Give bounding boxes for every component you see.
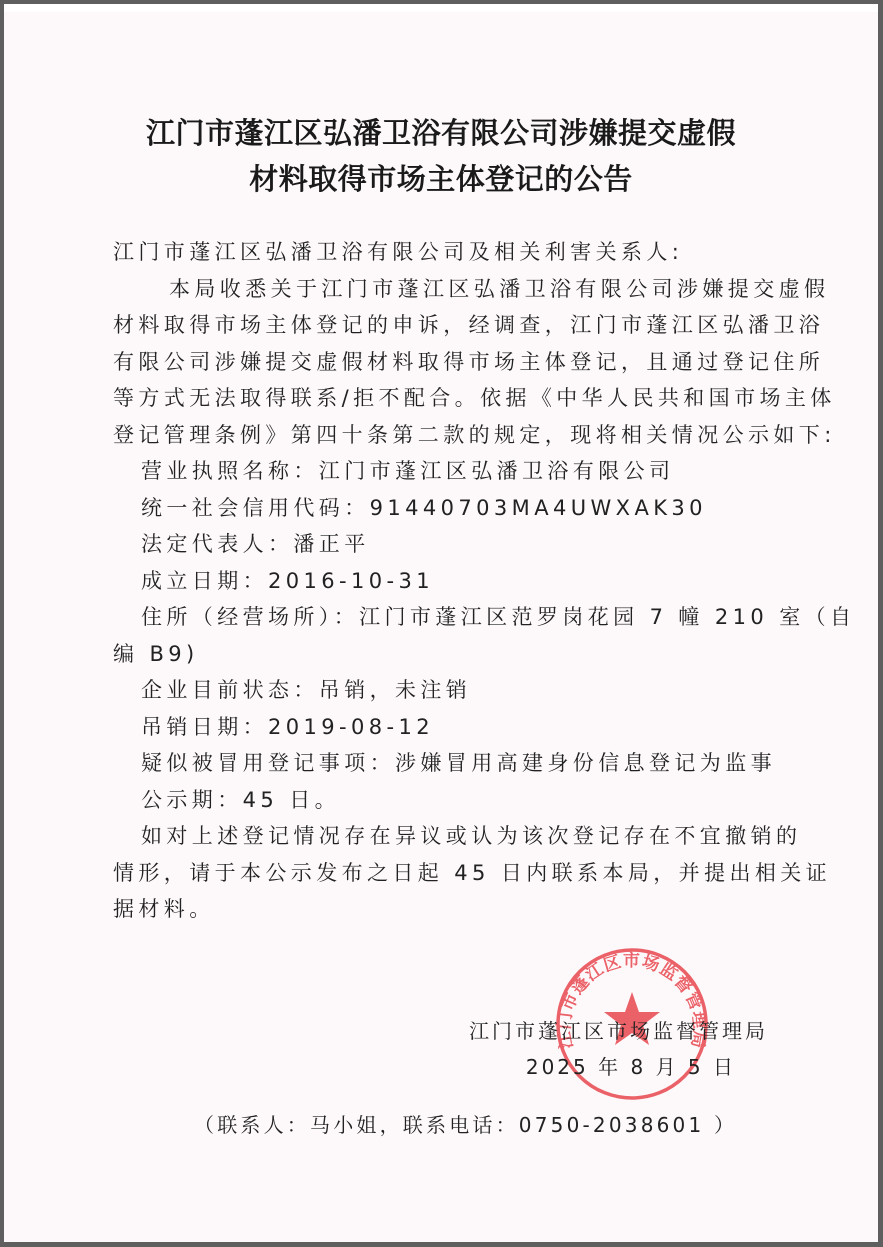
signature-organization: 江门市蓬江区市场监督管理局	[469, 1013, 768, 1049]
title-line-1: 江门市蓬江区弘潘卫浴有限公司涉嫌提交虚假	[4, 110, 878, 156]
closing-line-3: 据材料。	[113, 891, 783, 928]
intro-line-5: 登记管理条例》第四十条第二款的规定，现将相关情况公示如下:	[113, 417, 783, 454]
document-body: 江门市蓬江区弘潘卫浴有限公司及相关利害关系人: 本局收悉关于江门市蓬江区弘潘卫浴…	[113, 234, 783, 928]
info-established: 成立日期：2016-10-31	[113, 563, 783, 600]
info-revoked-date: 吊销日期：2019-08-12	[113, 709, 783, 746]
title-line-2: 材料取得市场主体登记的公告	[4, 156, 878, 202]
info-address-line-2: 编 B9)	[113, 636, 783, 673]
info-status: 企业目前状态：吊销，未注销	[113, 672, 783, 709]
document-page: 江门市蓬江区弘潘卫浴有限公司涉嫌提交虚假 材料取得市场主体登记的公告 江门市蓬江…	[4, 4, 878, 1242]
signature-date: 2025 年 8 月 5 日	[469, 1049, 768, 1085]
document-title: 江门市蓬江区弘潘卫浴有限公司涉嫌提交虚假 材料取得市场主体登记的公告	[4, 110, 878, 202]
info-credit-code: 统一社会信用代码：91440703MA4UWXAK30	[113, 490, 783, 527]
closing-line-2: 情形，请于本公示发布之日起 45 日内联系本局，并提出相关证	[113, 855, 783, 892]
salutation: 江门市蓬江区弘潘卫浴有限公司及相关利害关系人:	[113, 234, 783, 271]
info-address-line-1: 住所（经营场所）：江门市蓬江区范罗岗花园 7 幢 210 室（自	[113, 599, 783, 636]
info-legal-rep: 法定代表人：潘正平	[113, 526, 783, 563]
contact-info: （联系人：马小姐，联系电话：0750-2038601 ）	[194, 1110, 737, 1140]
info-suspected-item: 疑似被冒用登记事项：涉嫌冒用高建身份信息登记为监事	[113, 745, 783, 782]
intro-line-2: 材料取得市场主体登记的申诉，经调查，江门市蓬江区弘潘卫浴	[113, 307, 783, 344]
intro-line-1: 本局收悉关于江门市蓬江区弘潘卫浴有限公司涉嫌提交虚假	[113, 271, 783, 308]
closing-line-1: 如对上述登记情况存在异议或认为该次登记存在不宜撤销的	[113, 818, 783, 855]
info-notice-period: 公示期：45 日。	[113, 782, 783, 819]
intro-line-3: 有限公司涉嫌提交虚假材料取得市场主体登记，且通过登记住所	[113, 344, 783, 381]
signature-block: 江门市蓬江区市场监督管理局 2025 年 8 月 5 日	[469, 1013, 768, 1085]
info-license-name: 营业执照名称：江门市蓬江区弘潘卫浴有限公司	[113, 453, 783, 490]
intro-line-4: 等方式无法取得联系/拒不配合。依据《中华人民共和国市场主体	[113, 380, 783, 417]
